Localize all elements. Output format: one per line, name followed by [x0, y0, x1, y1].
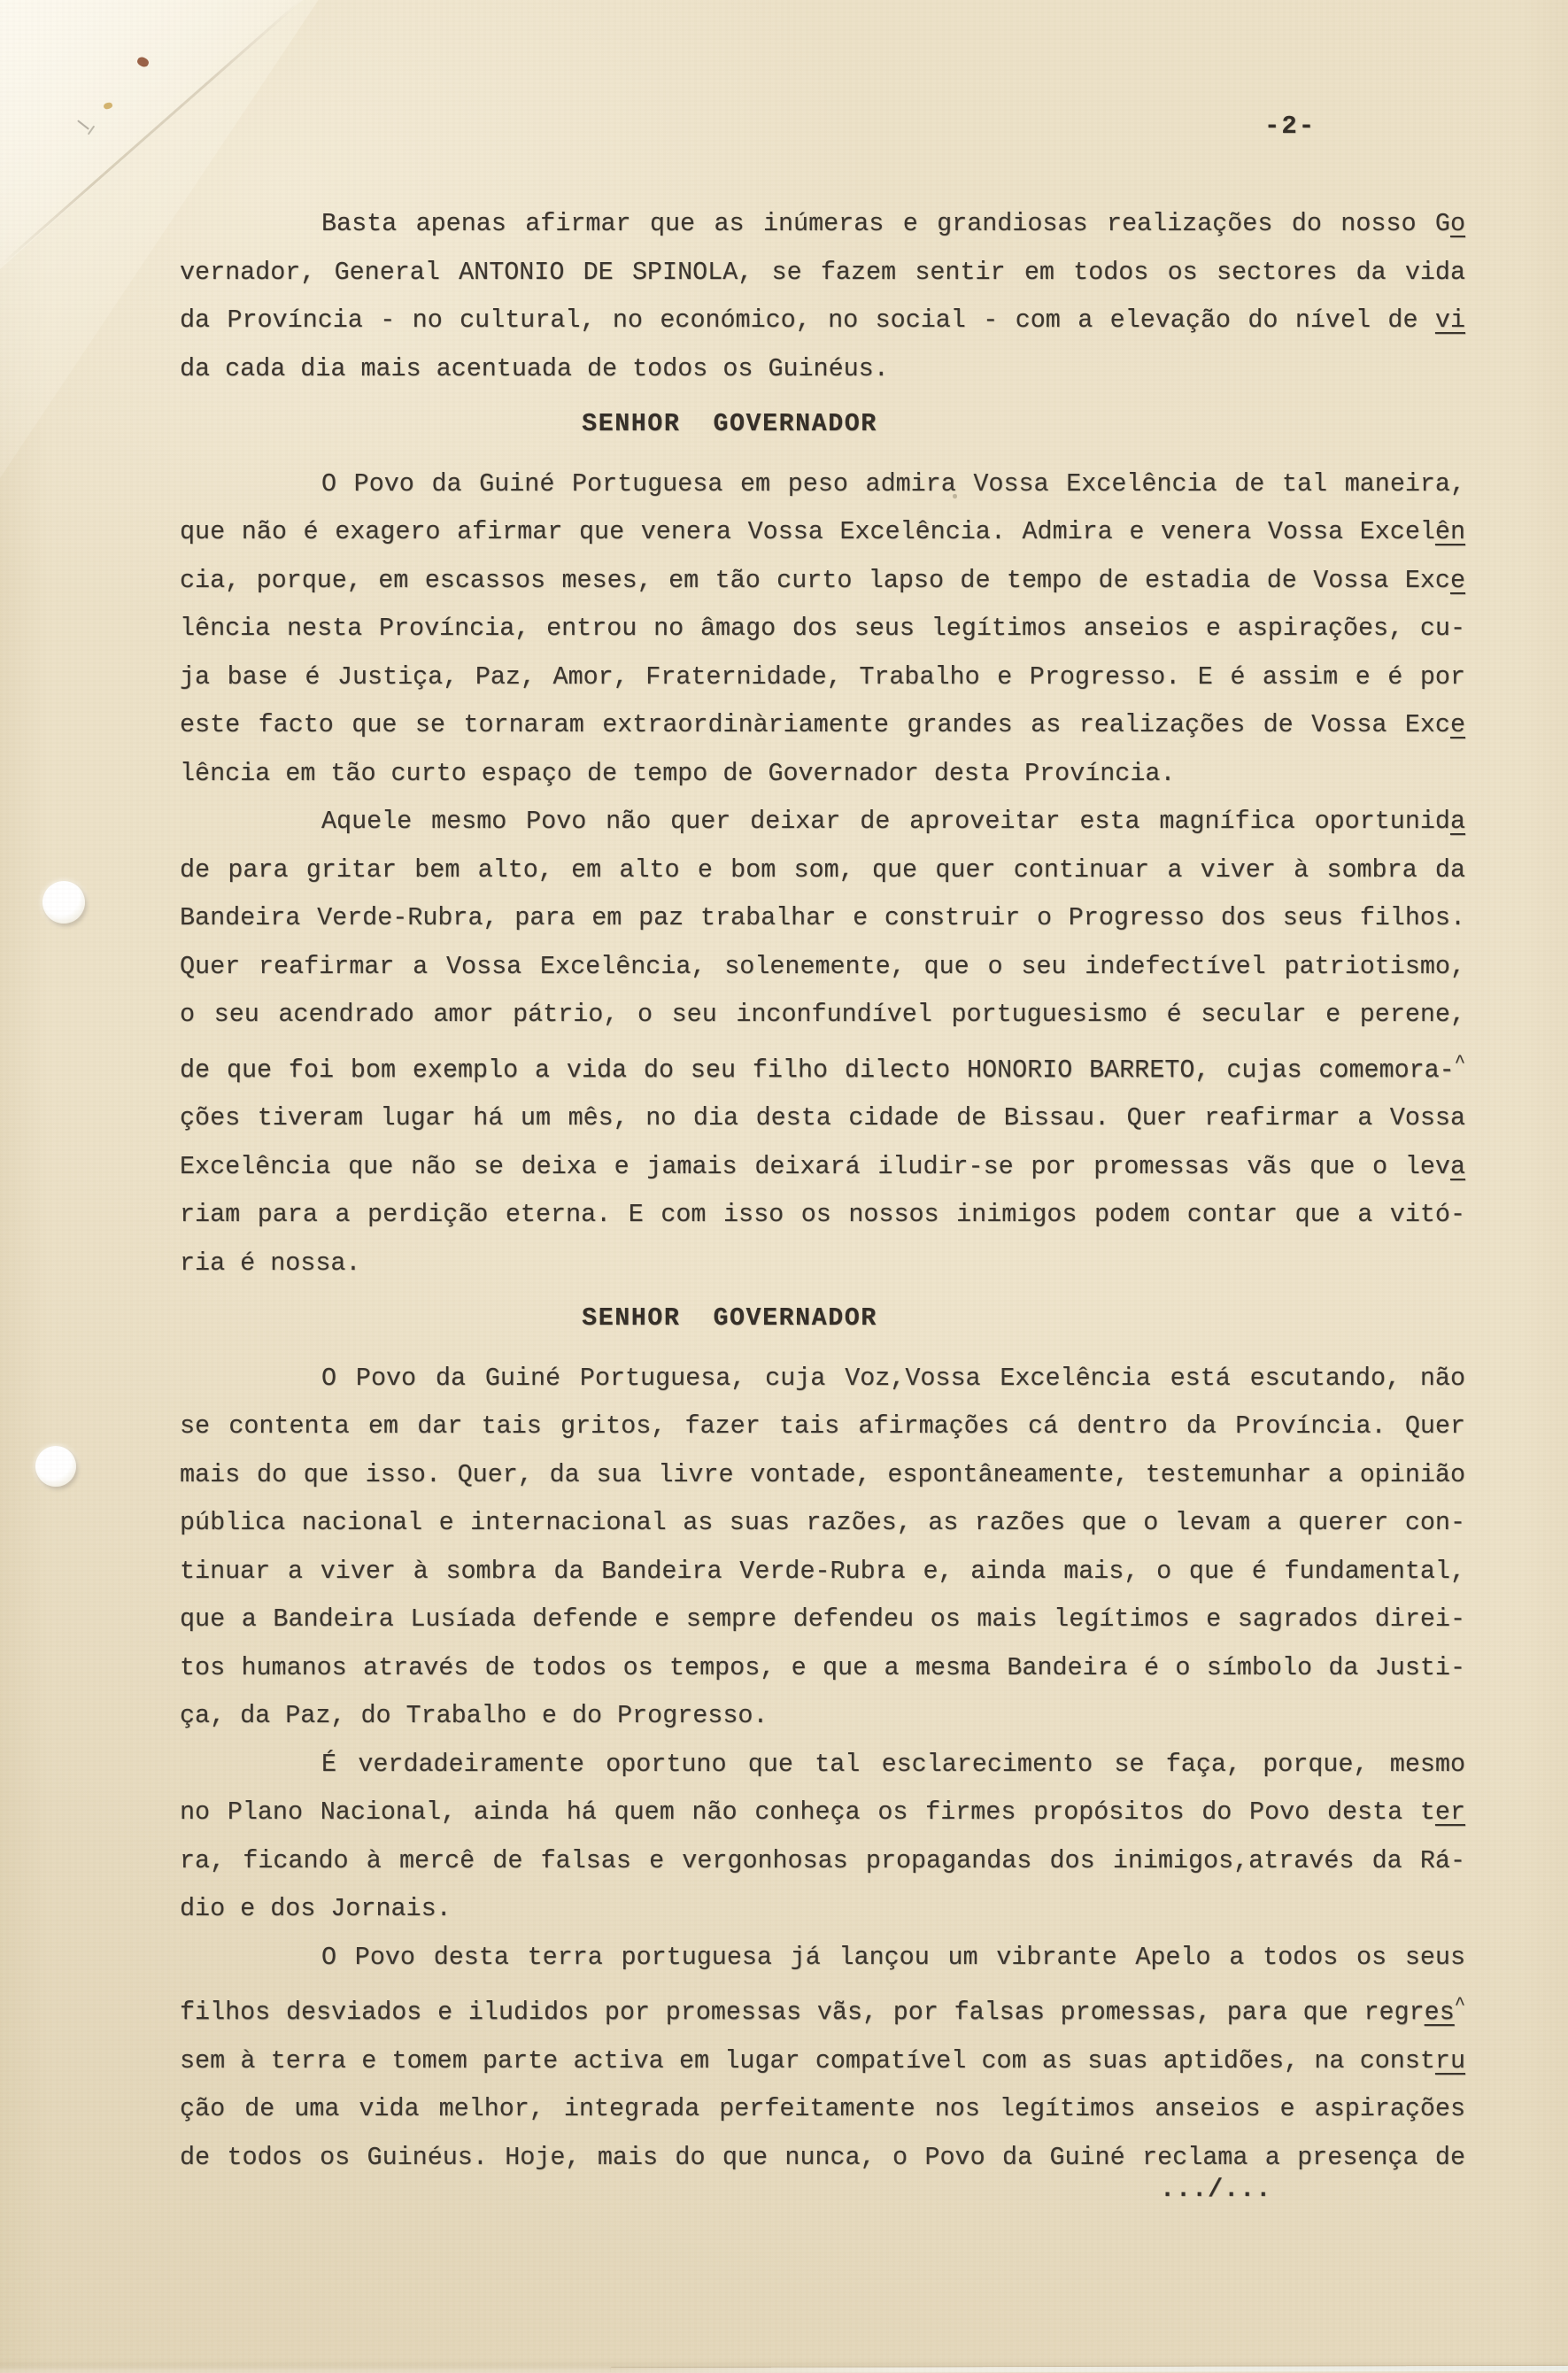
text-line: tos humanos através de todos os tempos, … [180, 1644, 1465, 1693]
text-line: da cada dia mais acentuada de todos os G… [180, 345, 1465, 394]
text-line: que a Bandeira Lusíada defende e sempre … [180, 1596, 1465, 1644]
continuation-mark: .../... [1160, 2166, 1271, 2215]
text-line: ra, ficando à mercê de falsas e vergonho… [180, 1837, 1465, 1886]
punch-hole [42, 881, 85, 924]
text-line: tinuar a viver à sombra da Bandeira Verd… [180, 1548, 1465, 1596]
text-line: Quer reafirmar a Vossa Excelência, solen… [180, 943, 1465, 992]
text-line: lência nesta Província, entrou no âmago … [180, 605, 1465, 653]
document-body: Basta apenas afirmar que as inúmeras e g… [180, 0, 1465, 2182]
text-line: ria é nossa. [180, 1240, 1465, 1288]
text-line: filhos desviados e iludidos por promessa… [180, 1982, 1465, 2037]
text-line: Aquele mesmo Povo não quer deixar de apr… [180, 798, 1465, 846]
text-line: cia, porque, em escassos meses, em tão c… [180, 557, 1465, 606]
text-line: pública nacional e internacional as suas… [180, 1499, 1465, 1548]
section-heading: SENHOR GOVERNADOR [87, 400, 1372, 449]
text-line: ções tiveram lugar há um mês, no dia des… [180, 1094, 1465, 1143]
text-line: de para gritar bem alto, em alto e bom s… [180, 846, 1465, 895]
text-line: da Província - no cultural, no económico… [180, 297, 1465, 345]
text-line: Excelência que não se deixa e jamais dei… [180, 1143, 1465, 1192]
text-line: O Povo da Guiné Portuguesa em peso admir… [180, 460, 1465, 509]
text-line: É verdadeiramente oportuno que tal escla… [180, 1741, 1465, 1789]
text-line: no Plano Nacional, ainda há quem não con… [180, 1789, 1465, 1837]
text-line: ção de uma vida melhor, integrada perfei… [180, 2085, 1465, 2134]
text-line: sem à terra e tomem parte activa em luga… [180, 2037, 1465, 2086]
text-line: lência em tão curto espaço de tempo de G… [180, 750, 1465, 799]
punch-hole [35, 1446, 76, 1487]
text-line: este facto que se tornaram extraordinàri… [180, 701, 1465, 750]
text-line: se contenta em dar tais gritos, fazer ta… [180, 1403, 1465, 1451]
text-line: que não é exagero afirmar que venera Vos… [180, 508, 1465, 557]
text-line: mais do que isso. Quer, da sua livre von… [180, 1451, 1465, 1500]
text-line: de todos os Guinéus. Hoje, mais do que n… [180, 2134, 1465, 2183]
text-line: Bandeira Verde-Rubra, para em paz trabal… [180, 894, 1465, 943]
text-line: ça, da Paz, do Trabalho e do Progresso. [180, 1692, 1465, 1741]
text-line: vernador, General ANTONIO DE SPINOLA, se… [180, 249, 1465, 298]
text-line: O Povo da Guiné Portuguesa, cuja Voz,Vos… [180, 1355, 1465, 1403]
text-line: ja base é Justiça, Paz, Amor, Fraternida… [180, 653, 1465, 702]
text-line: de que foi bom exemplo a vida do seu fil… [180, 1040, 1465, 1095]
text-line: Basta apenas afirmar que as inúmeras e g… [180, 200, 1465, 249]
document-page: -2- Basta apenas afirmar que as inúmeras… [0, 0, 1568, 2373]
text-line: o seu acendrado amor pátrio, o seu incon… [180, 991, 1465, 1040]
text-line: O Povo desta terra portuguesa já lançou … [180, 1934, 1465, 1983]
text-line: riam para a perdição eterna. E com isso … [180, 1191, 1465, 1240]
text-line: dio e dos Jornais. [180, 1885, 1465, 1934]
section-heading: SENHOR GOVERNADOR [87, 1295, 1372, 1343]
